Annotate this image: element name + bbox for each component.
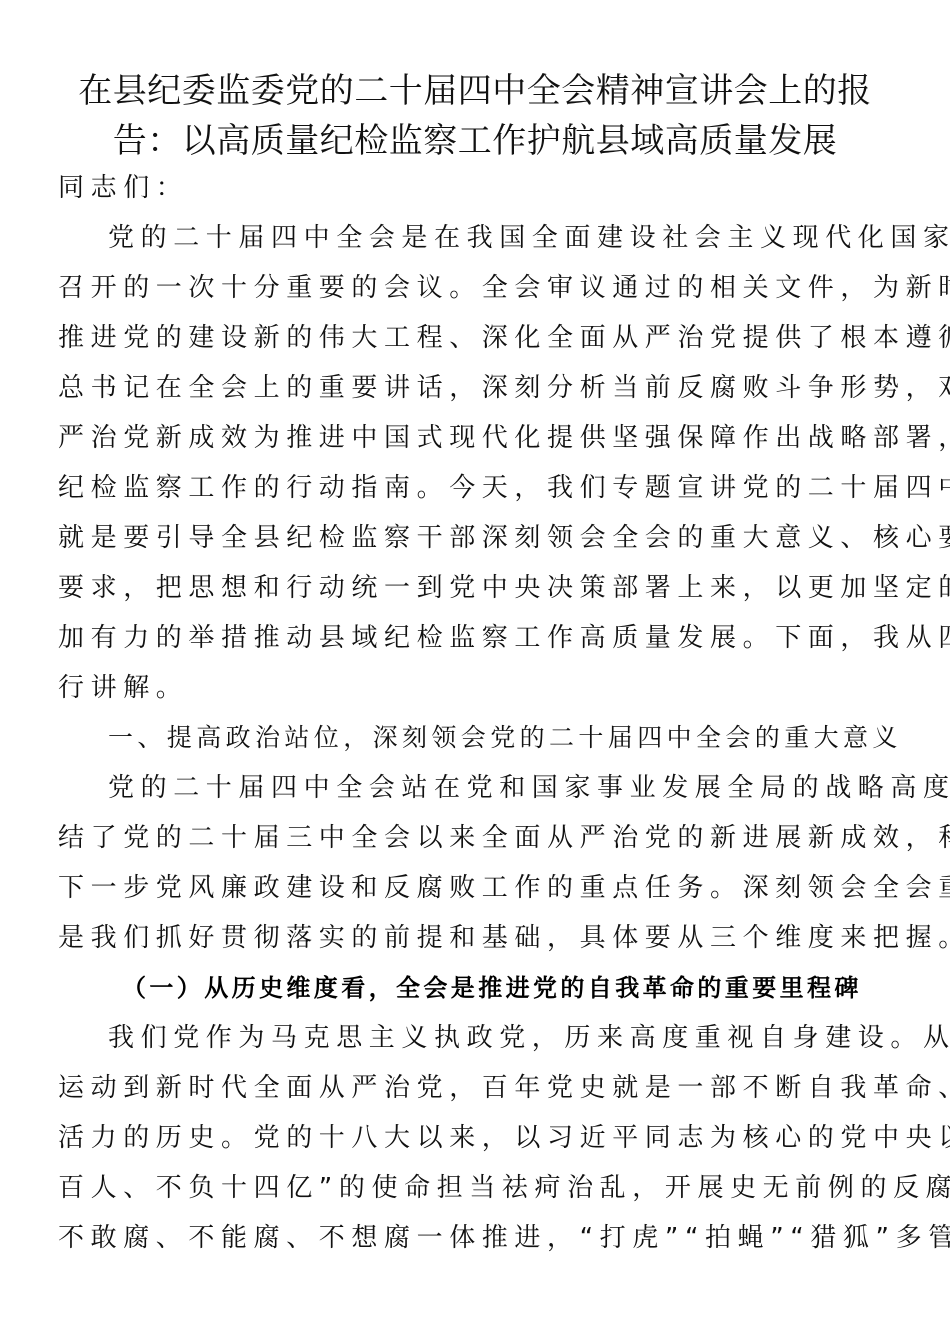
document-title: 在县纪委监委党的二十届四中全会精神宣讲会上的报 告：以高质量纪检监察工作护航县域…: [0, 66, 950, 166]
paragraph-line: 严治党新成效为推进中国式现代化提供坚强保障作出战略部署，是新时代: [58, 413, 898, 463]
document-page: 在县纪委监委党的二十届四中全会精神宣讲会上的报 告：以高质量纪检监察工作护航县域…: [0, 0, 950, 1344]
paragraph-3: 我们党作为马克思主义执政党，历来高度重视自身建设。从延安整风 运动到新时代全面从…: [58, 1013, 898, 1263]
paragraph-line: 就是要引导全县纪检监察干部深刻领会全会的重大意义、核心要义和实践: [58, 513, 898, 563]
paragraph-line: 要求，把思想和行动统一到党中央决策部署上来，以更加坚定的决心、更: [58, 563, 898, 613]
paragraph-line: 纪检监察工作的行动指南。今天，我们专题宣讲党的二十届四中全会精神，: [58, 463, 898, 513]
paragraph-2: 党的二十届四中全会站在党和国家事业发展全局的战略高度，全面总 结了党的二十届三中…: [58, 763, 898, 963]
salutation: 同志们：: [58, 163, 898, 213]
paragraph-line: 行讲解。: [58, 663, 898, 713]
paragraph-line: 是我们抓好贯彻落实的前提和基础，具体要从三个维度来把握。: [58, 913, 898, 963]
paragraph-line: 加有力的举措推动县域纪检监察工作高质量发展。下面，我从四个方面进: [58, 613, 898, 663]
paragraph-line: 活力的历史。党的十八大以来，以习近平同志为核心的党中央以“得罪千: [58, 1113, 898, 1163]
paragraph-line: 百人、不负十四亿”的使命担当祛疴治乱，开展史无前例的反腐败斗争，: [58, 1163, 898, 1213]
paragraph-line: 下一步党风廉政建设和反腐败工作的重点任务。深刻领会全会重大意义，: [58, 863, 898, 913]
section-heading: 一、提高政治站位，深刻领会党的二十届四中全会的重大意义: [58, 713, 898, 763]
subsection-heading: （一）从历史维度看，全会是推进党的自我革命的重要里程碑: [58, 963, 898, 1013]
paragraph-line: 党的二十届四中全会是在我国全面建设社会主义现代化国家关键时期: [58, 213, 898, 263]
paragraph-line: 不敢腐、不能腐、不想腐一体推进，“打虎”“拍蝇”“猎狐”多管齐下，: [58, 1213, 898, 1263]
paragraph-line: 召开的一次十分重要的会议。全会审议通过的相关文件，为新时代新征程: [58, 263, 898, 313]
paragraph-line: 党的二十届四中全会站在党和国家事业发展全局的战略高度，全面总: [58, 763, 898, 813]
paragraph-line: 总书记在全会上的重要讲话，深刻分析当前反腐败斗争形势，对以全面从: [58, 363, 898, 413]
paragraph-1: 党的二十届四中全会是在我国全面建设社会主义现代化国家关键时期 召开的一次十分重要…: [58, 213, 898, 713]
document-body: 同志们： 党的二十届四中全会是在我国全面建设社会主义现代化国家关键时期 召开的一…: [58, 163, 898, 1263]
title-line-2: 告：以高质量纪检监察工作护航县域高质量发展: [0, 116, 950, 166]
paragraph-line: 我们党作为马克思主义执政党，历来高度重视自身建设。从延安整风: [58, 1013, 898, 1063]
paragraph-line: 推进党的建设新的伟大工程、深化全面从严治党提供了根本遵循。习近平: [58, 313, 898, 363]
paragraph-line: 结了党的二十届三中全会以来全面从严治党的新进展新成效，科学谋划了: [58, 813, 898, 863]
paragraph-line: 运动到新时代全面从严治党，百年党史就是一部不断自我革命、永葆生机: [58, 1063, 898, 1113]
title-line-1: 在县纪委监委党的二十届四中全会精神宣讲会上的报: [0, 66, 950, 116]
